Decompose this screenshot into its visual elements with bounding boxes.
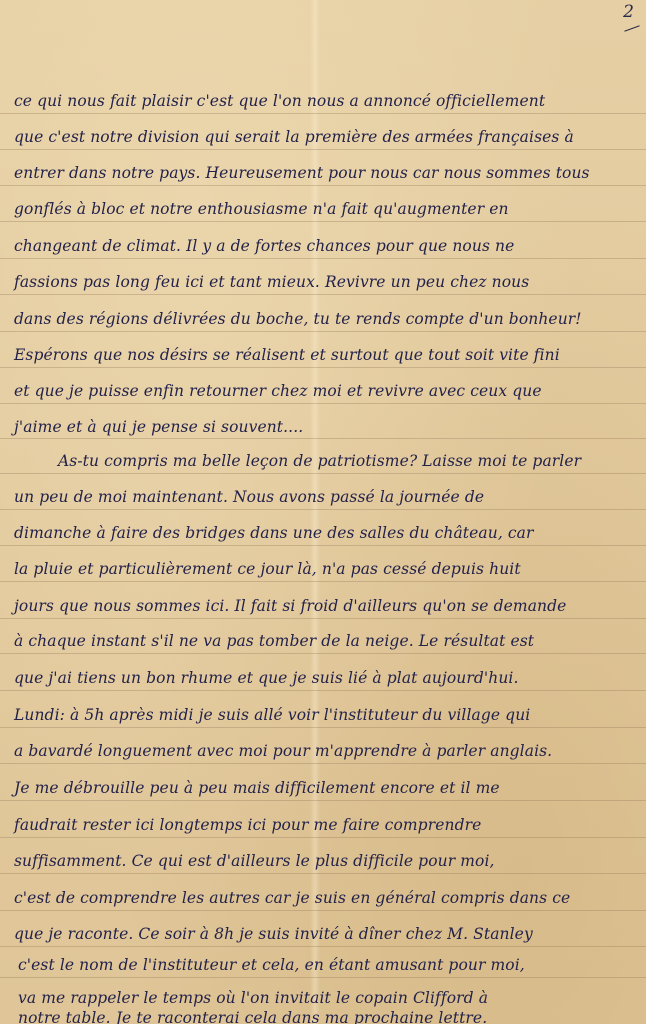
- ruled-line: [0, 946, 646, 947]
- letter-line-paragraph-start: As-tu compris ma belle leçon de patrioti…: [58, 451, 646, 471]
- ruled-line: [0, 185, 646, 186]
- letter-line: changeant de climat. Il y a de fortes ch…: [14, 236, 644, 256]
- ruled-line: [0, 331, 646, 332]
- ruled-line: [0, 509, 646, 510]
- letter-line: un peu de moi maintenant. Nous avons pas…: [14, 487, 644, 507]
- ruled-line: [0, 545, 646, 546]
- page-number: 2: [623, 2, 634, 22]
- ruled-line: [0, 873, 646, 874]
- ruled-line: [0, 618, 646, 619]
- letter-line: va me rappeler le temps où l'on invitait…: [18, 988, 646, 1008]
- letter-line: notre table. Je te raconterai cela dans …: [18, 1008, 646, 1024]
- letter-line: c'est le nom de l'instituteur et cela, e…: [18, 955, 646, 975]
- ruled-line: [0, 763, 646, 764]
- letter-line: à chaque instant s'il ne va pas tomber d…: [14, 631, 644, 651]
- ruled-line: [0, 258, 646, 259]
- letter-line: et que je puisse enfin retourner chez mo…: [14, 381, 644, 401]
- ruled-line: [0, 473, 646, 474]
- ruled-line: [0, 294, 646, 295]
- letter-line: j'aime et à qui je pense si souvent....: [14, 417, 644, 437]
- letter-line: Espérons que nos désirs se réalisent et …: [14, 345, 644, 365]
- ruled-line: [0, 149, 646, 150]
- letter-line: que j'ai tiens un bon rhume et que je su…: [14, 668, 644, 688]
- letter-line: Je me débrouille peu à peu mais difficil…: [14, 778, 644, 798]
- ruled-line: [0, 403, 646, 404]
- letter-page: 2 ce qui nous fait plaisir c'est que l'o…: [0, 0, 646, 1024]
- ruled-line: [0, 581, 646, 582]
- ruled-line: [0, 800, 646, 801]
- ruled-line: [0, 653, 646, 654]
- letter-line: gonflés à bloc et notre enthousiasme n'a…: [14, 199, 644, 219]
- letter-line: entrer dans notre pays. Heureusement pou…: [14, 163, 644, 183]
- letter-line: a bavardé longuement avec moi pour m'app…: [14, 741, 644, 761]
- letter-line: dans des régions délivrées du boche, tu …: [14, 309, 644, 329]
- ruled-line: [0, 367, 646, 368]
- letter-line: fassions pas long feu ici et tant mieux.…: [14, 272, 644, 292]
- ruled-line: [0, 837, 646, 838]
- ruled-line: [0, 113, 646, 114]
- ruled-line: [0, 690, 646, 691]
- ruled-line: [0, 910, 646, 911]
- ruled-line: [0, 977, 646, 978]
- letter-line: que c'est notre division qui serait la p…: [14, 127, 644, 147]
- letter-line: Lundi: à 5h après midi je suis allé voir…: [14, 705, 644, 725]
- ruled-line: [0, 727, 646, 728]
- page-number-dash: [624, 25, 639, 31]
- letter-line: ce qui nous fait plaisir c'est que l'on …: [14, 91, 644, 111]
- ruled-line: [0, 438, 646, 439]
- letter-line: la pluie et particulièrement ce jour là,…: [14, 559, 644, 579]
- letter-line: c'est de comprendre les autres car je su…: [14, 888, 644, 908]
- letter-line: dimanche à faire des bridges dans une de…: [14, 523, 644, 543]
- letter-line: que je raconte. Ce soir à 8h je suis inv…: [14, 924, 644, 944]
- letter-line: jours que nous sommes ici. Il fait si fr…: [14, 596, 644, 616]
- letter-line: suffisamment. Ce qui est d'ailleurs le p…: [14, 851, 644, 871]
- letter-line: faudrait rester ici longtemps ici pour m…: [14, 815, 644, 835]
- ruled-line: [0, 221, 646, 222]
